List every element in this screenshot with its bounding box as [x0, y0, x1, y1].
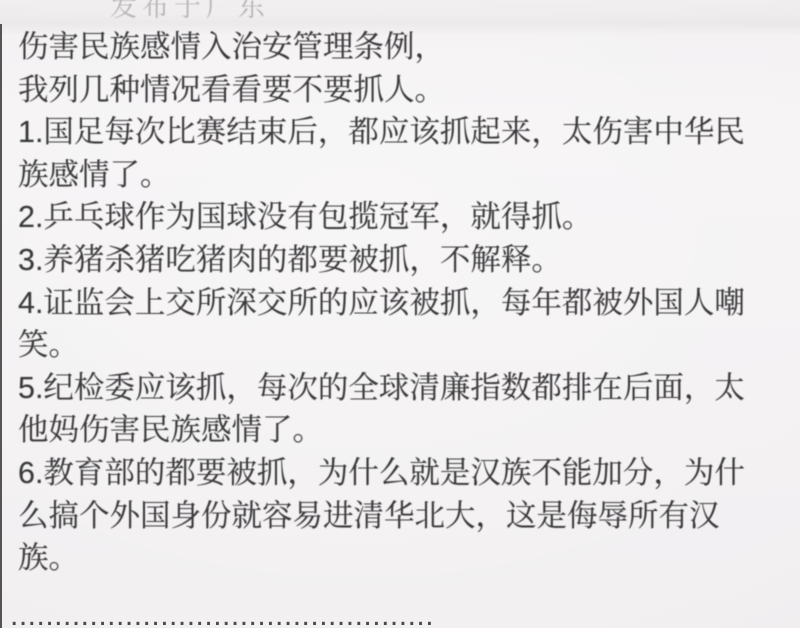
text-post-image: 发布于广东 伤害民族感情入治安管理条例， 我列几种情况看看要不要抓人。 1.国足…: [0, 0, 800, 628]
text-line: 族。: [18, 537, 788, 580]
text-line: 族感情了。: [18, 154, 788, 197]
post-location-tag: 发布于广东: [110, 0, 270, 24]
dotted-divider: ........................................…: [10, 601, 458, 628]
text-line: 1.国足每次比赛结束后，都应该抓起来，太伤害中华民: [18, 111, 788, 154]
text-line: 笑。: [18, 324, 788, 367]
screenshot-edge-line: [0, 24, 2, 628]
text-line: 5.纪检委应该抓，每次的全球清廉指数都排在后面，太: [18, 367, 788, 410]
post-body: 伤害民族感情入治安管理条例， 我列几种情况看看要不要抓人。 1.国足每次比赛结束…: [18, 26, 788, 580]
text-line: 伤害民族感情入治安管理条例，: [18, 26, 788, 69]
text-line: 4.证监会上交所深交所的应该被抓，每年都被外国人嘲: [18, 282, 788, 325]
text-line: 6.教育部的都要被抓，为什么就是汉族不能加分，为什: [18, 452, 788, 495]
text-line: 3.养猪杀猪吃猪肉的都要被抓，不解释。: [18, 239, 788, 282]
text-line: 2.乒乓球作为国球没有包揽冠军，就得抓。: [18, 196, 788, 239]
text-line: 他妈伤害民族感情了。: [18, 409, 788, 452]
text-line: 我列几种情况看看要不要抓人。: [18, 69, 788, 112]
text-line: 么搞个外国身份就容易进清华北大，这是侮辱所有汉: [18, 495, 788, 538]
